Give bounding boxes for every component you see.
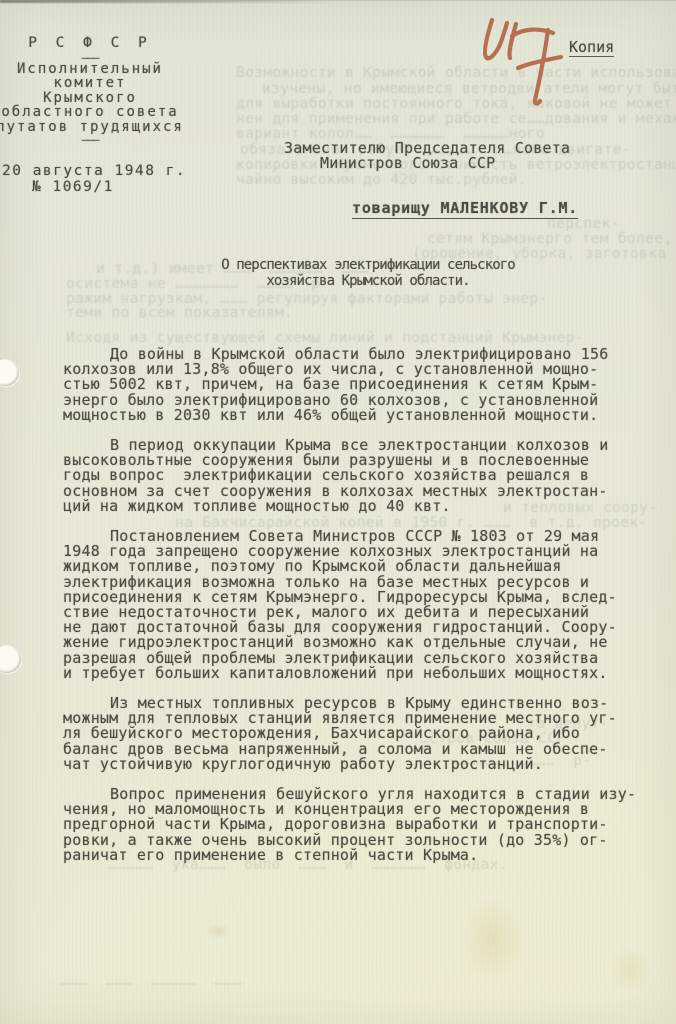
letterhead-org-line: областного совета [0, 105, 205, 120]
letterhead-date: 20 августа 1948 г. [2, 163, 186, 179]
body-paragraph: В период оккупации Крыма все электростан… [63, 438, 625, 514]
letterhead-divider-bottom: ――― [0, 135, 205, 144]
body-paragraph: Из местных топливных ресурсов в Крыму ед… [63, 696, 625, 772]
doc-title-line-2: хозяйства Крымской области. [108, 274, 628, 290]
letterhead-org-line: путатов трудящихся [0, 120, 205, 135]
body-paragraph: Постановлением Совета Министров СССР № 1… [63, 529, 625, 681]
addressee-line-2: Министров Союза ССР [320, 154, 495, 172]
doc-title: О перспективах электрификации сельского … [108, 258, 628, 289]
addressee-recipient: товарищу МАЛЕНКОВУ Г.М. [352, 199, 578, 219]
body-text: До войны в Крымской области было электри… [63, 347, 625, 878]
letterhead-doc-number: № 1069/1 [32, 179, 114, 195]
handwritten-number-47 [468, 6, 598, 118]
doc-title-line-1: О перспективах электрификации сельского [108, 258, 628, 274]
body-line: раничат его применение в степной части К… [63, 848, 625, 863]
body-paragraph: До войны в Крымской области было электри… [63, 347, 625, 423]
document-content: Р С Ф С Р ――― Исполнительный комитет Кры… [0, 0, 676, 1024]
body-paragraph: Вопрос применения бешуйского угля находи… [63, 787, 625, 863]
letterhead: Р С Ф С Р ――― Исполнительный комитет Кры… [0, 36, 205, 144]
document-page: Возможности в Крымской области в части и… [0, 0, 676, 1024]
body-line: и требует больших капиталовложений при н… [63, 666, 625, 681]
letterhead-republic: Р С Ф С Р [0, 36, 205, 51]
letterhead-org-line: комитет [0, 76, 205, 91]
body-line: мощностью в 2030 квт или 46% общей устан… [63, 408, 625, 423]
body-line: чат устойчивую круглогодичную работу эле… [63, 757, 625, 772]
letterhead-org-line: Исполнительный [0, 62, 205, 77]
body-line: ций на жидком топливе мощностью до 40 кв… [63, 499, 625, 514]
